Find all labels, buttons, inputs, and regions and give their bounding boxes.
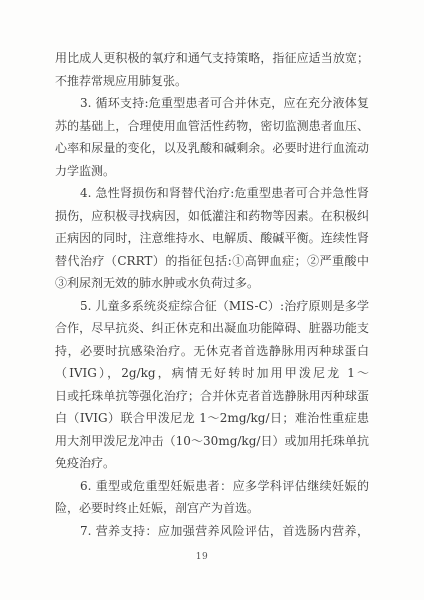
text-line: 力学监测。 xyxy=(55,160,369,183)
text-line: 不推荐常规应用肺复张。 xyxy=(55,70,369,93)
text-line: 日或托珠单抗等强化治疗；合并休克者首选静脉用丙种球蛋 xyxy=(55,385,369,408)
text-line: 用大剂甲泼尼龙冲击（10～30mg/kg/日）或加用托珠单抗等 xyxy=(55,430,369,453)
text-line: 用比成人更积极的氧疗和通气支持策略，指征应适当放宽； xyxy=(55,47,369,70)
text-line: ③利尿剂无效的肺水肿或水负荷过多。 xyxy=(55,272,369,295)
text-line: 5. 儿童多系统炎症综合征（MIS-C）:治疗原则是多学科 xyxy=(55,295,369,318)
text-line: 正病因的同时，注意维持水、电解质、酸碱平衡。连续性肾 xyxy=(55,227,369,250)
document-body: 用比成人更积极的氧疗和通气支持策略，指征应适当放宽；不推荐常规应用肺复张。3. … xyxy=(55,47,369,542)
text-line: 7. 营养支持：应加强营养风险评估，首选肠内营养，保 xyxy=(55,520,369,543)
text-line: 合作，尽早抗炎、纠正休克和出凝血功能障碍、脏器功能支 xyxy=(55,317,369,340)
page-number: 19 xyxy=(0,552,404,562)
document-page: 用比成人更积极的氧疗和通气支持策略，指征应适当放宽；不推荐常规应用肺复张。3. … xyxy=(0,0,424,600)
text-line: 6. 重型或危重型妊娠患者：应多学科评估继续妊娠的风 xyxy=(55,475,369,498)
text-line: （IVIG），2g/kg，病情无好转时加用甲泼尼龙 1～2mg/kg/ xyxy=(55,362,369,385)
text-line: 险，必要时终止妊娠，剖宫产为首选。 xyxy=(55,497,369,520)
text-line: 免疫治疗。 xyxy=(55,452,369,475)
text-line: 损伤，应积极寻找病因，如低灌注和药物等因素。在积极纠 xyxy=(55,205,369,228)
text-line: 心率和尿量的变化，以及乳酸和碱剩余。必要时进行血流动 xyxy=(55,137,369,160)
text-line: 3. 循环支持:危重型患者可合并休克，应在充分液体复 xyxy=(55,92,369,115)
text-line: 持，必要时抗感染治疗。无休克者首选静脉用丙种球蛋白 xyxy=(55,340,369,363)
text-line: 4. 急性肾损伤和肾替代治疗:危重型患者可合并急性肾 xyxy=(55,182,369,205)
text-line: 苏的基础上，合理使用血管活性药物，密切监测患者血压、 xyxy=(55,115,369,138)
text-line: 替代治疗（CRRT）的指征包括:①高钾血症；②严重酸中毒； xyxy=(55,250,369,273)
text-line: 白（IVIG）联合甲泼尼龙 1～2mg/kg/日；难治性重症患儿应 xyxy=(55,407,369,430)
